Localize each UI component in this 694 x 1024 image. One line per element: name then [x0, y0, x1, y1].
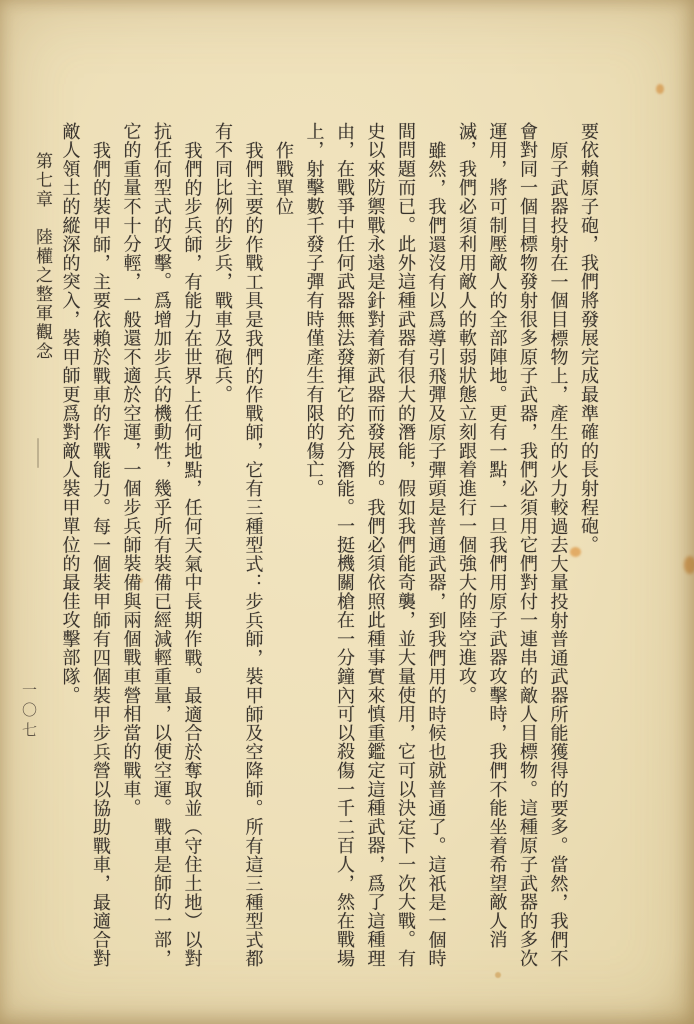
- body-paragraph: 雖然，我們還沒有以爲導引飛彈及原子彈頭是普通武器，到我們用的時候也就普通了。這祇…: [299, 122, 452, 972]
- paper-stain: [495, 972, 501, 978]
- body-text-flow: 要依賴原子砲，我們將發展完成最準確的長射程砲。原子武器投射在一個目標物上，產生的…: [55, 122, 604, 972]
- body-paragraph: 我們的裝甲師，主要依賴於戰車的作戰能力。每一個裝甲師有四個裝甲步兵營以協助戰車，…: [55, 122, 116, 972]
- scanned-book-page: 要依賴原子砲，我們將發展完成最準確的長射程砲。原子武器投射在一個目標物上，產生的…: [0, 0, 694, 1024]
- body-paragraph: 要依賴原子砲，我們將發展完成最準確的長射程砲。: [574, 122, 605, 972]
- chapter-label: 第七章 陸權之整軍觀念: [30, 152, 55, 361]
- scan-artifact-mark: [37, 438, 39, 468]
- body-paragraph: 我們主要的作戰工具是我們的作戰師，它有三種型式：步兵師，裝甲師及空降師。所有這三…: [208, 122, 269, 972]
- paper-stain: [656, 84, 664, 94]
- paper-stain: [684, 556, 694, 574]
- section-heading: 作戰單位: [269, 122, 300, 972]
- body-paragraph: 原子武器投射在一個目標物上，產生的火力較過去大量投射普通武器所能獲得的要多。當然…: [452, 122, 574, 972]
- body-paragraph: 我們的步兵師，有能力在世界上任何地點，任何天氣中長期作戰。最適合於奪取並（守住土…: [116, 122, 208, 972]
- page-number: 一〇七: [18, 682, 39, 742]
